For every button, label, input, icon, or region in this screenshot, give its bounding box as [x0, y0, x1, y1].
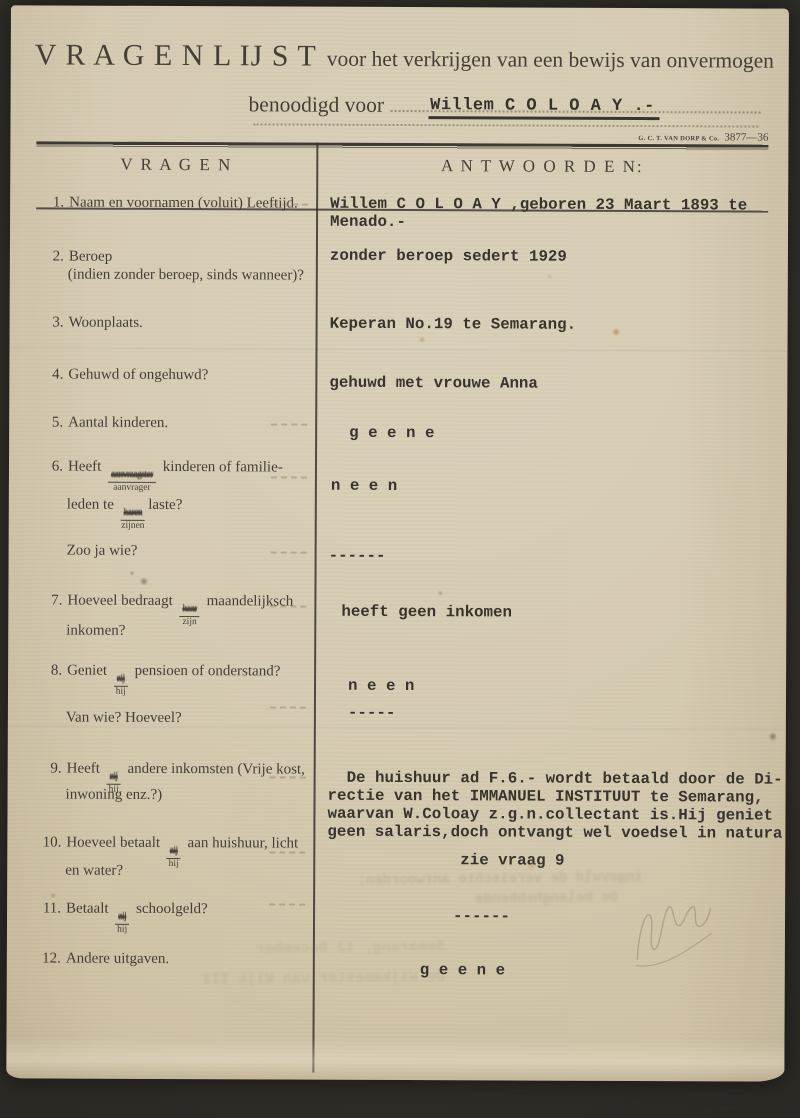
answer-line: zie vraag 9 [460, 851, 564, 869]
stain [50, 892, 56, 898]
answer-line: gehuwd met vrouwe Anna [329, 374, 538, 393]
struck-word-alternative: harenzijnen [121, 509, 146, 531]
question-line: (indien zonder beroep, sinds wanneer)? [36, 265, 314, 284]
question-text: pensioen of onderstand? [131, 663, 281, 680]
dotted-leader [271, 551, 307, 553]
answer-text: zie vraag 9 [460, 851, 564, 869]
applicant-name: Willem C O L O A Y .- [428, 96, 660, 120]
subtitle-fill-line: Willem C O L O A Y .- [390, 83, 761, 114]
form-title: V R A G E N L IJ S Tvoor het verkrijgen … [35, 38, 777, 75]
question-text: Heeft [68, 459, 105, 475]
question-line: inkomen? [34, 621, 312, 640]
answer-text: gehuwd met vrouwe Anna [329, 374, 538, 393]
sub-question: Zoo ja wie? [67, 543, 138, 560]
question-number: 4. [35, 365, 63, 383]
kept-word: hij [117, 924, 127, 935]
question-text: en water? [65, 863, 123, 879]
question-line: en water? [33, 861, 311, 880]
question-line: 8.Geniet zijhij pensioen of onderstand? [34, 661, 312, 698]
struck-word-alternative: zijhij [114, 675, 128, 697]
answer-line: n e e n [331, 477, 397, 495]
struck-word-alternative: aanvraagsteraanvrager [108, 471, 156, 493]
struck-word: haren [121, 509, 146, 521]
form-title-main: V R A G E N L IJ S T [35, 38, 317, 72]
struck-word: haar [179, 605, 199, 617]
dotted-leader [272, 203, 308, 205]
answer-line: waarvan W.Coloay z.g.n.collectant is.Hij… [327, 805, 782, 825]
stain [612, 328, 621, 336]
answer-line: g e e n e [349, 424, 434, 442]
question-number: 3. [36, 313, 64, 331]
answer-line: Keperan No.19 te Semarang. [330, 315, 577, 334]
struck-word: zij [167, 847, 181, 859]
stain [139, 577, 148, 586]
sub-answer-text: ----- [348, 704, 395, 722]
form-title-rest: voor het verkrijgen van een bewijs van o… [327, 47, 774, 73]
question-text: Naam en voornamen (voluit) Leeftijd. [69, 195, 298, 212]
bleedthrough-line: Semarang, 12 December [134, 933, 444, 967]
question-text: (indien zonder beroep, sinds wanneer)? [68, 267, 304, 284]
dotted-leader [270, 706, 306, 708]
question-text: kinderen of familie- [159, 459, 283, 476]
question-number: 9. [34, 759, 62, 777]
kept-word: hij [116, 686, 126, 697]
question-text: Hoeveel betaalt [66, 835, 164, 851]
question-line: inwoning enz.?) [34, 785, 312, 804]
answer-line: zonder beroep sedert 1929 [330, 247, 567, 266]
answer-line: ------ [453, 907, 510, 925]
question-text: Geniet [67, 663, 111, 679]
column-header-questions: V R A G E N [36, 154, 316, 175]
struck-word: zij [114, 675, 128, 687]
question-text: schoolgeld? [132, 901, 207, 917]
question-number: 11. [33, 899, 61, 917]
struck-word: zij [107, 773, 121, 785]
question-text: inwoning enz.?) [66, 787, 163, 803]
kept-word: aanvrager [113, 482, 150, 493]
bleedthrough-line: De belanghebbende [343, 887, 643, 911]
answer-text: g e e n e [349, 424, 434, 442]
question-line: 2.Beroep [36, 247, 314, 266]
answer-line: De huishuur ad F.6.- wordt betaald door … [328, 769, 783, 789]
fold-crease [9, 347, 787, 353]
bleedthrough-line: De Wijkmeester van Wijk III [135, 962, 445, 996]
answer-text: zonder beroep sedert 1929 [330, 247, 567, 266]
answer-line: heeft geen inkomen [341, 603, 512, 622]
dotted-leader [270, 776, 306, 778]
dotted-rule [253, 123, 758, 127]
struck-word: aanvraagster [108, 471, 156, 483]
kept-word: zijnen [121, 520, 144, 531]
answer-line: rectie van het IMMANUEL INSTITUUT te Sem… [328, 787, 783, 807]
question-number: 1. [36, 193, 64, 211]
stain [769, 732, 777, 742]
document-page: V R A G E N L IJ S Tvoor het verkrijgen … [6, 5, 789, 1081]
question-text: laste? [148, 497, 182, 513]
table-body: 1.Naam en voornamen (voluit) Leeftijd.Wi… [11, 5, 789, 8]
question-number: 8. [34, 661, 62, 679]
stain [547, 274, 553, 280]
stain [437, 590, 443, 596]
question-number: 10. [33, 833, 61, 851]
dotted-leader [271, 423, 307, 425]
scan-backdrop: V R A G E N L IJ S Tvoor het verkrijgen … [0, 0, 800, 1118]
question-text: Hoeveel bedraagt [67, 593, 176, 609]
answer-text: n e e n [331, 477, 397, 495]
answer-line: Menado.- [330, 213, 747, 233]
dotted-leader [269, 903, 305, 905]
dotted-leader [270, 605, 306, 607]
bleedthrough-text: Semarang, 12 DecemberDe Wijkmeester van … [134, 933, 445, 997]
question-line: leden te harenzijnenlaste? [35, 495, 313, 532]
column-header-answers: A N T W O O R D E N: [316, 156, 768, 178]
question-text: Gehuwd of ongehuwd? [68, 367, 208, 384]
question-number: 12. [33, 949, 61, 967]
struck-word-alternative: zijhij [115, 913, 129, 935]
answer-text: heeft geen inkomen [341, 603, 512, 622]
sub-answer-text: ------ [329, 547, 386, 565]
question-text: Beroep [69, 249, 112, 265]
answer-text: De huishuur ad F.6.- wordt betaald door … [327, 769, 782, 843]
printer-name: G. C. T. VAN DORP & Co. [638, 135, 719, 142]
answer-line: n e e n [348, 677, 414, 695]
question-line: 3.Woonplaats. [36, 313, 314, 332]
question-number: 5. [35, 413, 63, 431]
question-line: 4.Gehuwd of ongehuwd? [35, 365, 313, 384]
answer-line: geen salaris,doch ontvangt wel voedsel i… [327, 823, 782, 843]
struck-word: zij [115, 913, 129, 925]
subtitle-label: benoodigd voor [249, 92, 385, 118]
question-number: 6. [35, 457, 63, 475]
dotted-leader [271, 476, 307, 478]
question-text: Betaalt [66, 901, 112, 917]
printer-mark: G. C. T. VAN DORP & Co. 3877—36 [638, 131, 768, 144]
stain [419, 336, 426, 343]
answer-text: n e e n [348, 677, 414, 695]
pencil-signature [611, 875, 732, 986]
question-text: Woonplaats. [69, 315, 143, 331]
question-text: leden te [67, 497, 118, 513]
answer-text: ------ [453, 907, 510, 925]
question-text: Aantal kinderen. [68, 415, 168, 431]
question-number: 2. [36, 247, 64, 265]
bleedthrough-text: ingevuld de vereischte antwoorden; De be… [343, 867, 643, 911]
answer-line: Willem C O L O A Y ,geboren 23 Maart 189… [330, 195, 747, 215]
question-text: aan huishuur, licht [184, 835, 298, 851]
form-subtitle: benoodigd voor Willem C O L O A Y .- [249, 82, 761, 119]
question-number: 7. [34, 591, 62, 609]
sub-question: Van wie? Hoeveel? [66, 710, 182, 728]
question-text: Heeft [67, 761, 104, 777]
answer-text: Keperan No.19 te Semarang. [330, 315, 577, 334]
question-text: inkomen? [66, 623, 125, 639]
form-number: 3877—36 [724, 131, 768, 143]
answer-text: Willem C O L O A Y ,geboren 23 Maart 189… [330, 195, 747, 233]
stain [130, 571, 135, 576]
dotted-leader [269, 851, 305, 853]
question-text: andere inkomsten (Vrije kost, [124, 761, 305, 778]
